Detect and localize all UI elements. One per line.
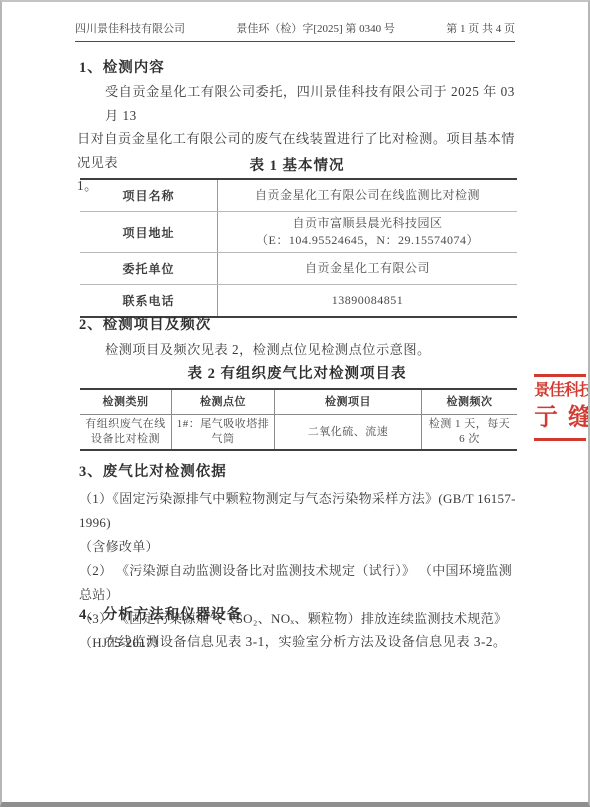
table-row: 委托单位 自贡金星化工有限公司	[80, 253, 517, 285]
table-row: 项目名称 自贡金星化工有限公司在线监测比对检测	[80, 180, 517, 212]
table-header-row: 检测类别 检测点位 检测项目 检测频次	[80, 390, 517, 415]
table1-label-project-name: 项目名称	[80, 180, 218, 211]
section2-heading: 2、检测项目及频次	[79, 313, 211, 334]
table2-test-items: 检测类别 检测点位 检测项目 检测频次 有组织废气在线设备比对检测 1#：尾气吸…	[80, 388, 517, 451]
table2-cell-frequency: 检测 1 天，每天 6 次	[422, 415, 517, 449]
table2-header-item: 检测项目	[275, 390, 422, 414]
table2-title: 表 2 有组织废气比对检测项目表	[77, 362, 517, 383]
table2-header-frequency: 检测频次	[422, 390, 517, 414]
header-doc-number: 景佳环（检）字[2025] 第 0340 号	[236, 20, 395, 36]
reference-line: （含修改单）	[79, 535, 521, 559]
seal-top-bar	[534, 374, 586, 377]
seal-big-text: 亍 缝	[534, 404, 590, 432]
table-row: 有组织废气在线设备比对检测 1#：尾气吸收塔排气筒 二氧化硫、流速 检测 1 天…	[80, 415, 517, 449]
reference-line: （2） 《污染源自动监测设备比对监测技术规定（试行）》 （中国环境监测总站）	[79, 559, 521, 607]
reference-line: （1）《固定污染源排气中颗粒物测定与气态污染物采样方法》(GB/T 16157-…	[79, 487, 521, 535]
table1-label-project-address: 项目地址	[80, 212, 218, 252]
table2-cell-location: 1#：尾气吸收塔排气筒	[172, 415, 275, 449]
header-page-number: 第 1 页 共 4 页	[446, 20, 515, 36]
paragraph-line: 受自贡金星化工有限公司委托，四川景佳科技有限公司于 2025 年 03 月 13	[77, 80, 519, 127]
section4-paragraph: 在线监测设备信息见表 3-1，实验室分析方法及设备信息见表 3-2。	[77, 630, 519, 654]
table2-header-category: 检测类别	[80, 390, 172, 414]
section4-heading: 4、分析方法和仪器设备	[79, 603, 242, 624]
table1-label-client: 委托单位	[80, 253, 218, 284]
table1-value-project-name: 自贡金星化工有限公司在线监测比对检测	[218, 187, 517, 204]
paragraph-line: 在线监测设备信息见表 3-1，实验室分析方法及设备信息见表 3-2。	[77, 630, 519, 654]
table1-basic-info: 项目名称 自贡金星化工有限公司在线监测比对检测 项目地址 自贡市富顺县晨光科技园…	[80, 178, 517, 318]
header-company-name: 四川景佳科技有限公司	[75, 20, 185, 36]
table1-value-client: 自贡金星化工有限公司	[218, 260, 517, 277]
section2-paragraph: 检测项目及频次见表 2，检测点位见检测点位示意图。	[77, 338, 519, 362]
table-row: 联系电话 13890084851	[80, 285, 517, 316]
table2-cell-item: 二氧化硫、流速	[275, 415, 422, 449]
table1-value-project-address: 自贡市富顺县晨光科技园区 （E：104.95524645，N：29.155740…	[218, 215, 517, 249]
table1-title: 表 1 基本情况	[77, 154, 517, 175]
section1-heading: 1、检测内容	[79, 56, 165, 77]
table1-label-phone: 联系电话	[80, 285, 218, 316]
seal-small-text: 景佳科技	[534, 381, 590, 401]
table2-header-location: 检测点位	[172, 390, 275, 414]
table2-cell-category: 有组织废气在线设备比对检测	[80, 415, 172, 449]
seal-bottom-bar	[534, 438, 586, 441]
address-coordinates: （E：104.95524645，N：29.15574074）	[218, 232, 517, 249]
page-header: 四川景佳科技有限公司 景佳环（检）字[2025] 第 0340 号 第 1 页 …	[75, 20, 515, 42]
table-row: 项目地址 自贡市富顺县晨光科技园区 （E：104.95524645，N：29.1…	[80, 212, 517, 253]
section3-heading: 3、废气比对检测依据	[79, 460, 227, 481]
red-paging-seal: 景佳科技 亍 缝	[534, 374, 590, 441]
paragraph-line: 检测项目及频次见表 2，检测点位见检测点位示意图。	[77, 338, 519, 362]
address-line1: 自贡市富顺县晨光科技园区	[218, 215, 517, 232]
table1-value-phone: 13890084851	[218, 292, 517, 309]
report-page: 四川景佳科技有限公司 景佳环（检）字[2025] 第 0340 号 第 1 页 …	[0, 0, 590, 807]
